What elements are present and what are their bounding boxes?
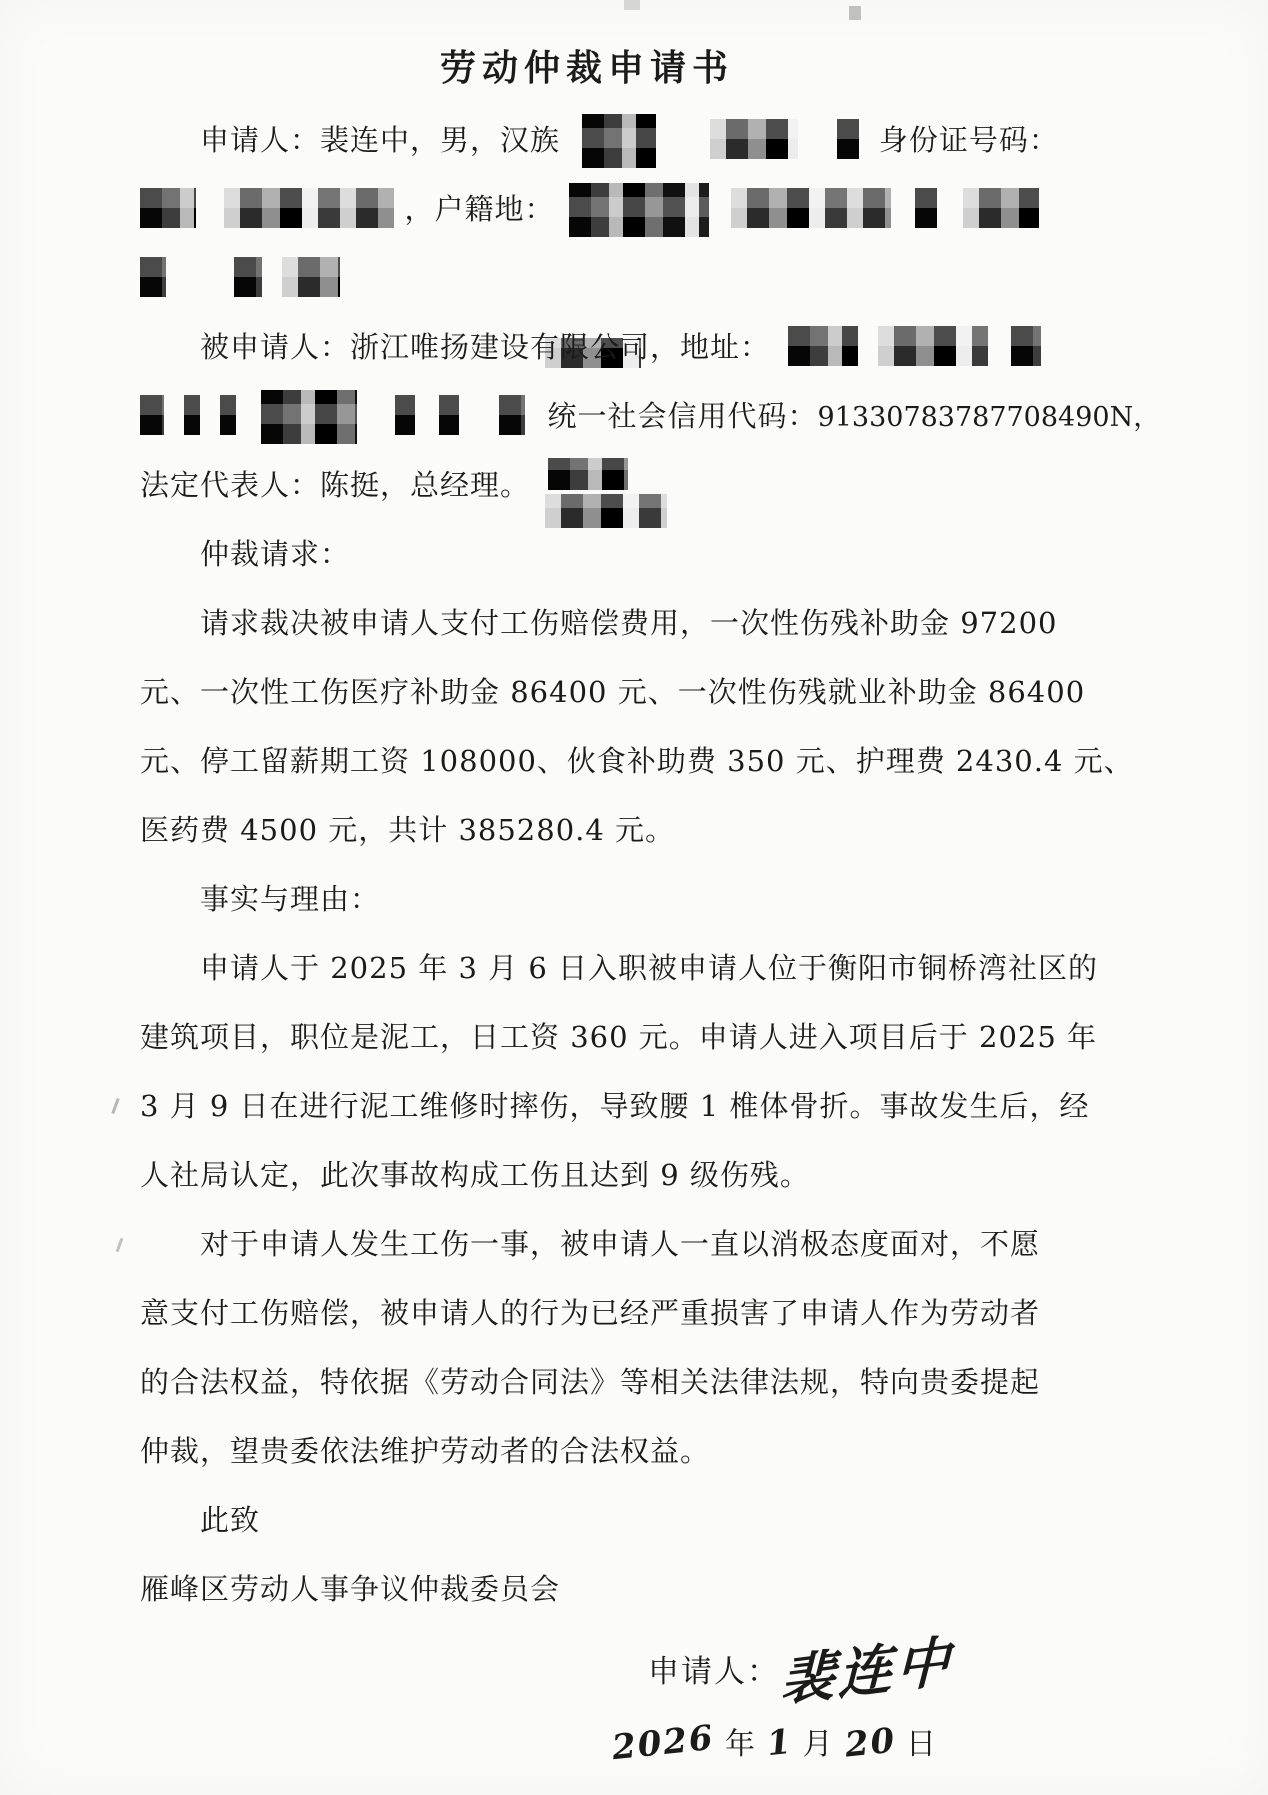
applicant-name: 裴连中 bbox=[320, 123, 410, 157]
applicant-demographics: ，男，汉族 bbox=[410, 123, 560, 157]
signature-line: 申请人：裴连中 bbox=[140, 1630, 1034, 1712]
redacted-block bbox=[569, 183, 709, 237]
argument-line: 的合法权益，特依据《劳动合同法》等相关法律法规，特向贵委提起 bbox=[140, 1348, 1034, 1417]
argument-line: 意支付工伤赔偿，被申请人的行为已经严重损害了申请人作为劳动者 bbox=[140, 1279, 1034, 1348]
facts-line: 3 月 9 日在进行泥工维修时摔伤，导致腰 1 椎体骨折。事故发生后，经 bbox=[140, 1072, 1034, 1141]
redacted-block bbox=[282, 257, 340, 297]
closing-line: 此致 bbox=[140, 1486, 1034, 1555]
redacted-block bbox=[731, 188, 891, 228]
credit-code-line: 统一社会信用代码：91330783787708490N， bbox=[140, 382, 1034, 451]
facts-heading: 事实与理由： bbox=[140, 865, 1034, 934]
applicant-label: 申请人： bbox=[200, 123, 320, 157]
applicant-line: 申请人：裴连中，男，汉族 身份证号码： bbox=[140, 106, 1034, 175]
redacted-block bbox=[234, 257, 262, 297]
redacted-block bbox=[915, 188, 937, 228]
credit-code-value: 91330783787708490N， bbox=[818, 402, 1161, 433]
residence-line: ，户籍地： bbox=[140, 175, 1034, 244]
committee-line: 雁峰区劳动人事争议仲裁委员会 bbox=[140, 1555, 1034, 1624]
respondent-text: 被申请人：浙江唯扬建设有限公司，地址： bbox=[200, 330, 770, 364]
redacted-block bbox=[395, 395, 415, 435]
legal-rep-line: 法定代表人：陈挺，总经理。 bbox=[140, 451, 1034, 520]
redacted-line bbox=[140, 244, 1034, 313]
respondent-line: 被申请人：浙江唯扬建设有限公司，地址： bbox=[140, 313, 1034, 382]
scan-artifact bbox=[116, 1238, 124, 1252]
scanned-document-page: 劳动仲裁申请书 申请人：裴连中，男，汉族 身份证号码： ，户籍地： bbox=[0, 0, 1268, 1795]
redacted-block bbox=[140, 257, 166, 297]
handwritten-day: 20 bbox=[842, 1709, 900, 1776]
redacted-block bbox=[224, 188, 394, 228]
redacted-block bbox=[499, 395, 525, 435]
scan-artifact bbox=[111, 1098, 119, 1114]
facts-line: 人社局认定，此次事故构成工伤且达到 9 级伤残。 bbox=[140, 1141, 1034, 1210]
argument-line: 对于申请人发生工伤一事，被申请人一直以消极态度面对，不愿 bbox=[140, 1210, 1034, 1279]
request-line: 请求裁决被申请人支付工伤赔偿费用，一次性伤残补助金 97200 bbox=[140, 589, 1034, 658]
redacted-block bbox=[878, 326, 988, 366]
day-label: 日 bbox=[906, 1727, 938, 1762]
request-line: 医药费 4500 元，共计 385280.4 元。 bbox=[140, 796, 1034, 865]
document-title: 劳动仲裁申请书 bbox=[140, 36, 1034, 100]
redacted-block bbox=[140, 188, 196, 228]
document-body: 劳动仲裁申请书 申请人：裴连中，男，汉族 身份证号码： ，户籍地： bbox=[140, 36, 1034, 1774]
scan-artifact bbox=[624, 0, 640, 10]
facts-line: 申请人于 2025 年 3 月 6 日入职被申请人位于衡阳市铜桥湾社区的 bbox=[140, 934, 1034, 1003]
redacted-block bbox=[1011, 326, 1041, 366]
request-line: 元、停工留薪期工资 108000、伙食补助费 350 元、护理费 2430.4 … bbox=[140, 727, 1034, 796]
request-line: 元、一次性工伤医疗补助金 86400 元、一次性伤残就业补助金 86400 bbox=[140, 658, 1034, 727]
redacted-block bbox=[220, 395, 236, 435]
request-heading: 仲裁请求： bbox=[140, 520, 1034, 589]
argument-line: 仲裁，望贵委依法维护劳动者的合法权益。 bbox=[140, 1417, 1034, 1486]
id-number-label: 身份证号码： bbox=[879, 123, 1059, 157]
redacted-block bbox=[439, 395, 459, 435]
redacted-block bbox=[582, 114, 656, 168]
residence-label: ，户籍地： bbox=[404, 192, 554, 226]
redacted-block bbox=[837, 119, 859, 159]
signature-label: 申请人： bbox=[648, 1654, 780, 1690]
year-label: 年 bbox=[725, 1727, 757, 1762]
scan-artifact bbox=[849, 6, 861, 20]
date-line: 2026年1月20日 bbox=[140, 1712, 1034, 1774]
redacted-block bbox=[710, 119, 798, 159]
redacted-block bbox=[788, 326, 858, 366]
redacted-block bbox=[261, 390, 357, 444]
redacted-block bbox=[184, 395, 200, 435]
handwritten-signature: 裴连中 bbox=[780, 1619, 954, 1723]
month-label: 月 bbox=[803, 1727, 835, 1762]
handwritten-year: 2026 bbox=[609, 1707, 718, 1779]
redacted-block bbox=[963, 188, 1039, 228]
credit-code-label: 统一社会信用代码： bbox=[548, 399, 818, 433]
facts-line: 建筑项目，职位是泥工，日工资 360 元。申请人进入项目后于 2025 年 bbox=[140, 1003, 1034, 1072]
redacted-block bbox=[140, 395, 164, 435]
